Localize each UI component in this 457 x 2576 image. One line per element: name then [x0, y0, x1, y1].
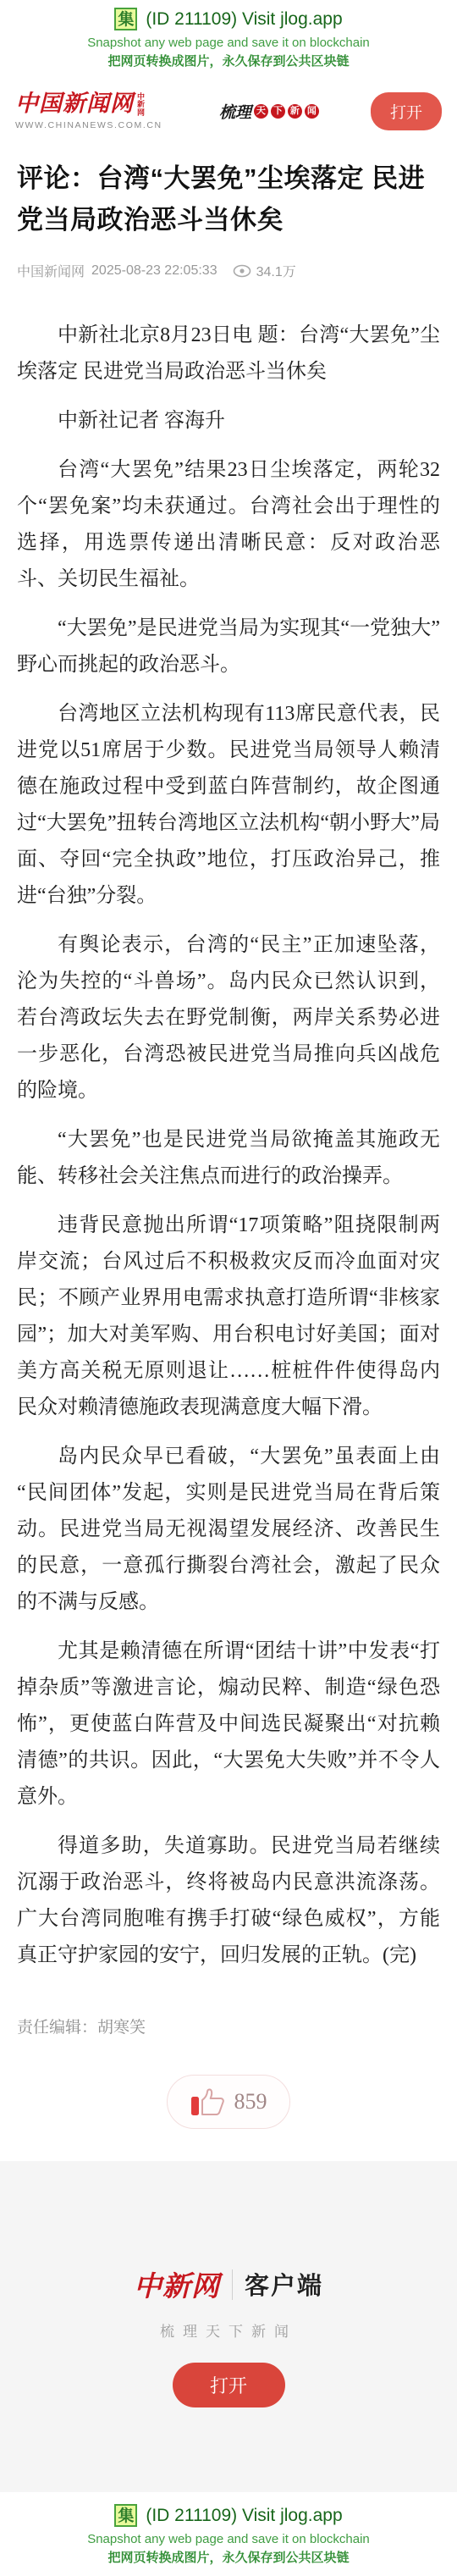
footer-logo-divider: [232, 2269, 233, 2300]
slogan-circle-char: 闻: [305, 104, 319, 119]
header-slogan: 梳理 天 下 新 闻: [219, 100, 319, 123]
footer-logo-client-text: 客户端: [245, 2267, 323, 2302]
article-meta: 中国新闻网 2025-08-23 22:05:33 34.1万: [17, 261, 440, 280]
article-paragraph: 违背民意抛出所谓“17项策略”阻挠限制两岸交流；台风过后不积极救灾反而冷血面对灾…: [17, 1208, 440, 1426]
article-paragraph: “大罢免”是民进党当局为实现其“一党独大”野心而挑起的政治恶斗。: [17, 611, 440, 683]
promo-tagline-zh: 把网页转换成图片，永久保存到公共区块链: [8, 2548, 449, 2566]
promo-id-link[interactable]: (ID 211109) Visit jlog.app: [146, 2506, 342, 2526]
thumb-up-icon: [190, 2087, 226, 2116]
article-title: 评论：台湾“大罢免”尘埃落定 民进党当局政治恶斗当休矣: [17, 158, 440, 240]
article-source: 中国新闻网: [17, 261, 85, 280]
like-button[interactable]: 859: [167, 2075, 290, 2129]
article-paragraph: 中新社记者 容海升: [17, 403, 440, 439]
app-footer: 中新网 客户端 梳理天下新闻 打开: [0, 2161, 457, 2492]
promo-tagline-en: Snapshot any web page and save it on blo…: [8, 36, 449, 50]
site-header: 中国新闻网 中 新 网 WWW.CHINANEWS.COM.CN 梳理 天 下 …: [0, 80, 457, 146]
article-paragraph: 得道多助，失道寡助。民进党当局若继续沉溺于政治恶斗，终将被岛内民意洪流涤荡。广大…: [17, 1828, 440, 1974]
promo-tagline-en: Snapshot any web page and save it on blo…: [8, 2532, 449, 2546]
article-paragraph: 岛内民众早已看破，“大罢免”虽表面上由“民间团体”发起，实则是民进党当局在背后策…: [17, 1439, 440, 1621]
footer-slogan: 梳理天下新闻: [0, 2319, 457, 2341]
article-paragraph: 台湾地区立法机构现有113席民意代表，民进党以51席居于少数。民进党当局领导人赖…: [17, 696, 440, 915]
eye-icon: [233, 264, 251, 278]
footer-logo-calligraphy: 中新网: [134, 2264, 220, 2304]
footer-logo: 中新网 客户端: [0, 2264, 457, 2304]
article-paragraph: 中新社北京8月23日电 题：台湾“大罢免”尘埃落定 民进党当局政治恶斗当休矣: [17, 318, 440, 390]
bottom-promo-banner: 集 (ID 211109) Visit jlog.app Snapshot an…: [0, 2492, 457, 2576]
top-promo-banner: 集 (ID 211109) Visit jlog.app Snapshot an…: [0, 0, 457, 80]
slogan-circle-char: 下: [271, 104, 285, 119]
logo-calligraphy-text: 中国新闻网: [15, 91, 134, 117]
promo-id-link[interactable]: (ID 211109) Visit jlog.app: [146, 9, 342, 30]
slogan-circle-char: 新: [288, 104, 302, 119]
jlog-badge-icon: 集: [114, 2504, 137, 2527]
article-paragraph: 台湾“大罢免”结果23日尘埃落定，两轮32个“罢免案”均未获通过。台湾社会出于理…: [17, 452, 440, 598]
slogan-circle-char: 天: [254, 104, 268, 119]
view-count: 34.1万: [233, 261, 296, 280]
article: 评论：台湾“大罢免”尘埃落定 民进党当局政治恶斗当休矣 中国新闻网 2025-0…: [0, 158, 457, 2161]
chinanews-logo[interactable]: 中国新闻网 中 新 网 WWW.CHINANEWS.COM.CN: [15, 91, 162, 130]
promo-tagline-zh: 把网页转换成图片，永久保存到公共区块链: [8, 52, 449, 69]
logo-vertical-text: 中 新 网: [137, 91, 145, 117]
article-paragraph: “大罢免”也是民进党当局欲掩盖其施政无能、转移社会关注焦点而进行的政治操弄。: [17, 1122, 440, 1195]
slogan-prefix-text: 梳理: [219, 100, 251, 123]
editor-line: 责任编辑：胡寒笑: [17, 2015, 440, 2037]
logo-url-text: WWW.CHINANEWS.COM.CN: [15, 120, 162, 130]
jlog-badge-icon: 集: [114, 8, 137, 30]
open-app-button-footer[interactable]: 打开: [173, 2363, 285, 2407]
article-paragraph: 尤其是赖清德在所谓“团结十讲”中发表“打掉杂质”等激进言论，煽动民粹、制造“绿色…: [17, 1633, 440, 1816]
view-count-value: 34.1万: [256, 261, 296, 280]
article-body: 中新社北京8月23日电 题：台湾“大罢免”尘埃落定 民进党当局政治恶斗当休矣 中…: [17, 318, 440, 1974]
article-paragraph: 有舆论表示，台湾的“民主”正加速坠落，沦为失控的“斗兽场”。岛内民众已然认识到，…: [17, 927, 440, 1109]
article-timestamp: 2025-08-23 22:05:33: [91, 263, 217, 279]
like-count: 859: [234, 2089, 267, 2114]
open-app-button-header[interactable]: 打开: [371, 92, 442, 130]
